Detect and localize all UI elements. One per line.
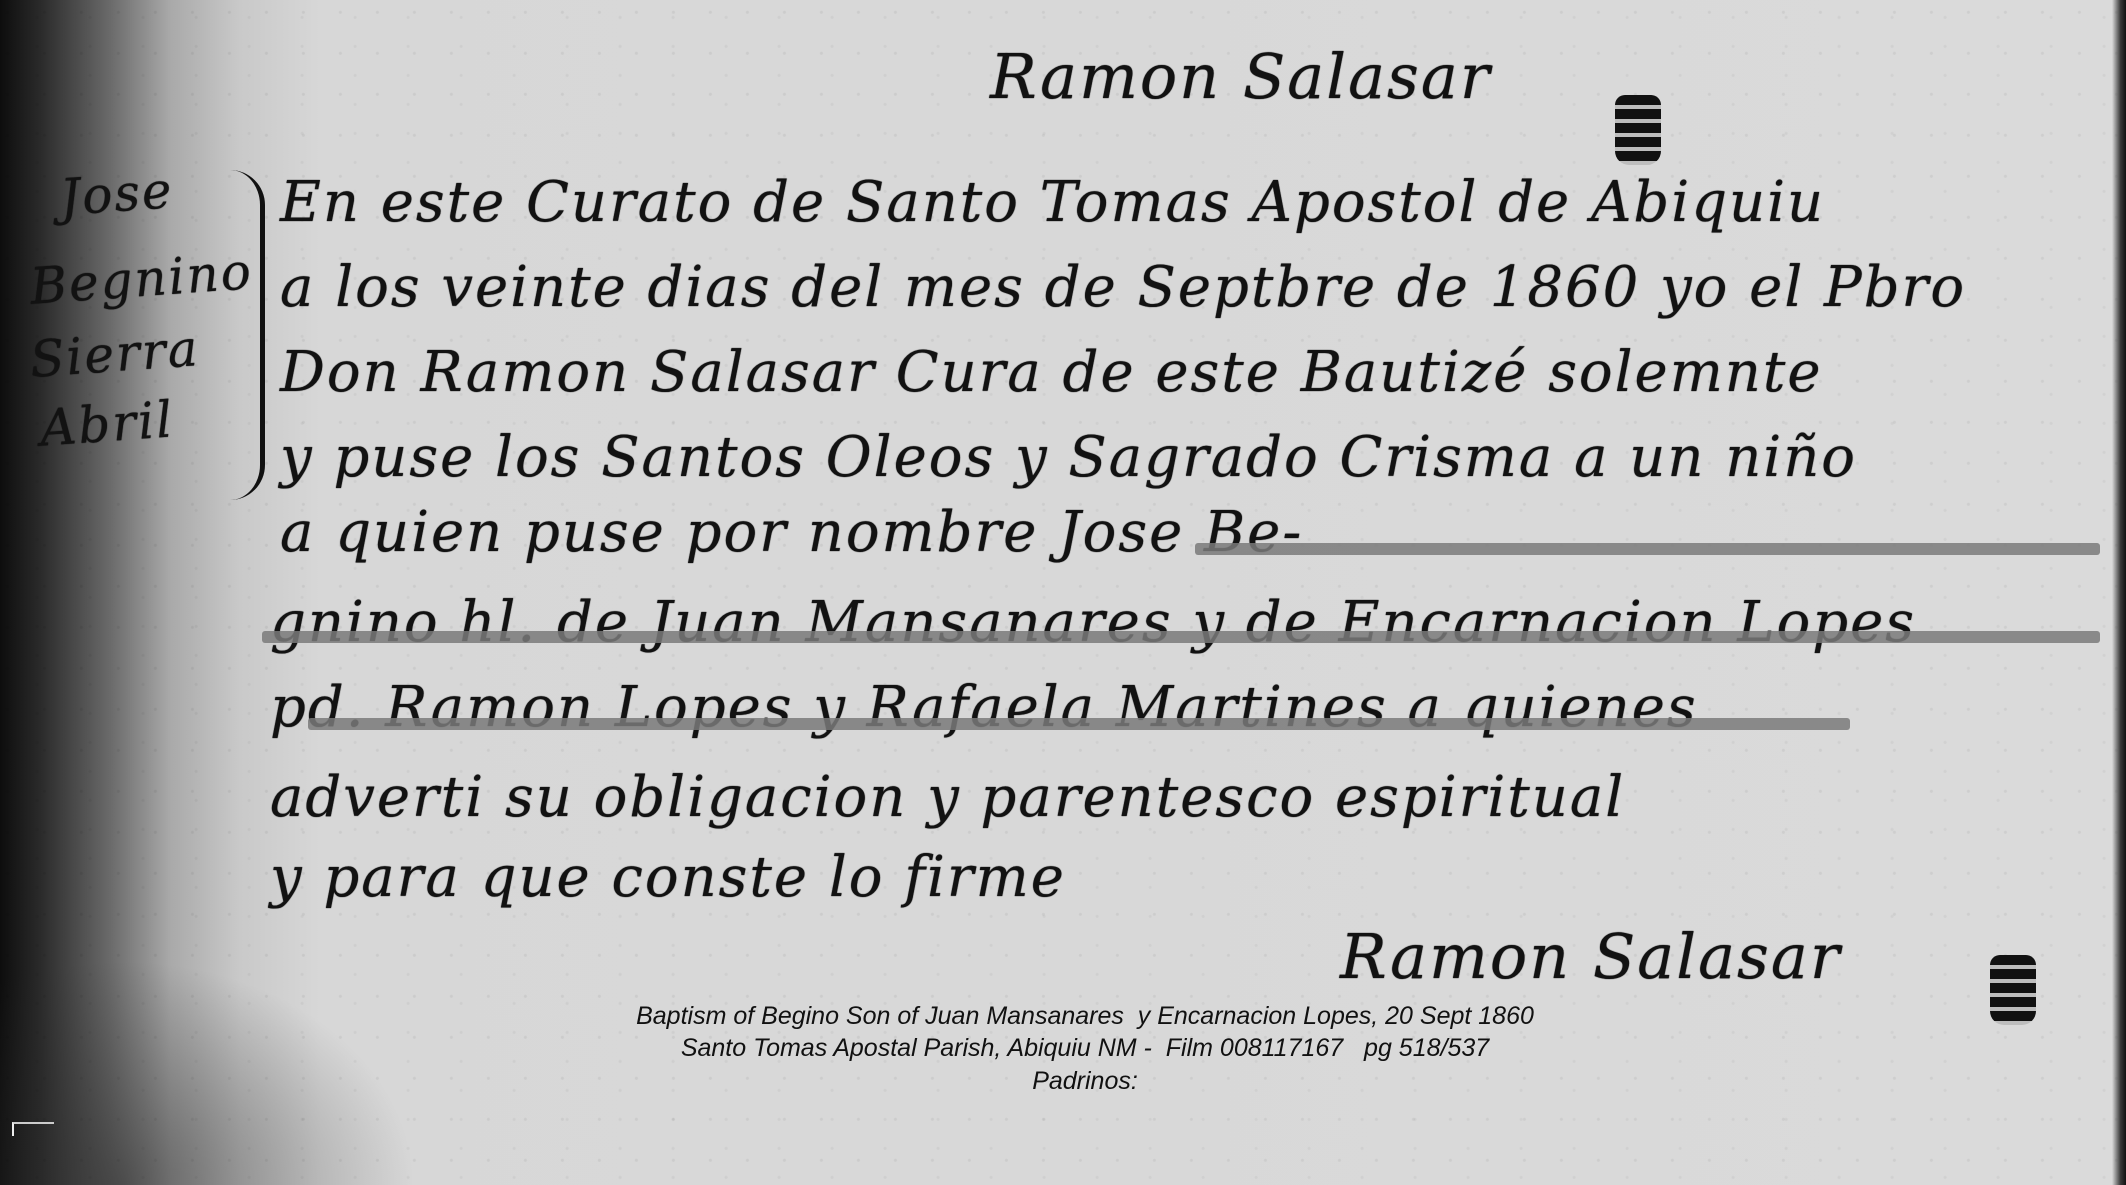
signature-rubric-top [1615, 95, 1661, 165]
caption-padrinos: Padrinos: [0, 1067, 2126, 1096]
record-line-7: pd. Ramon Lopes y Rafaela Martines a qui… [270, 675, 1698, 740]
margin-brace [230, 170, 265, 500]
record-line-8: adverti su obligacion y parentesco espir… [270, 765, 1625, 830]
highlight-underline-2 [262, 631, 2100, 643]
record-line-4: y puse los Santos Oleos y Sagrado Crisma… [280, 425, 1857, 490]
header-signature: Ramon Salasar [990, 40, 1491, 113]
footer-signature: Ramon Salasar [1340, 920, 1841, 993]
margin-note-line-3: Sierra [28, 319, 201, 389]
margin-note-line-4: Abril [38, 390, 176, 457]
record-line-2: a los veinte dias del mes de Septbre de … [280, 255, 1966, 320]
record-line-3: Don Ramon Salasar Cura de este Bautizé s… [280, 340, 1823, 405]
margin-note-line-1: Jose [58, 161, 175, 227]
record-line-9: y para que conste lo firme [270, 845, 1066, 910]
record-line-5: a quien puse por nombre Jose Be- [280, 500, 1303, 565]
highlight-underline-3 [308, 718, 1850, 730]
record-line-6: gnino hl. de Juan Mansanares y de Encarn… [270, 590, 1916, 655]
crop-mark [12, 1122, 54, 1136]
caption-title: Baptism of Begino Son of Juan Mansanares… [0, 1002, 2126, 1031]
caption-source: Santo Tomas Apostal Parish, Abiquiu NM -… [0, 1034, 2126, 1063]
highlight-underline-1 [1195, 543, 2100, 555]
record-line-1: En este Curato de Santo Tomas Apostol de… [280, 170, 1825, 235]
